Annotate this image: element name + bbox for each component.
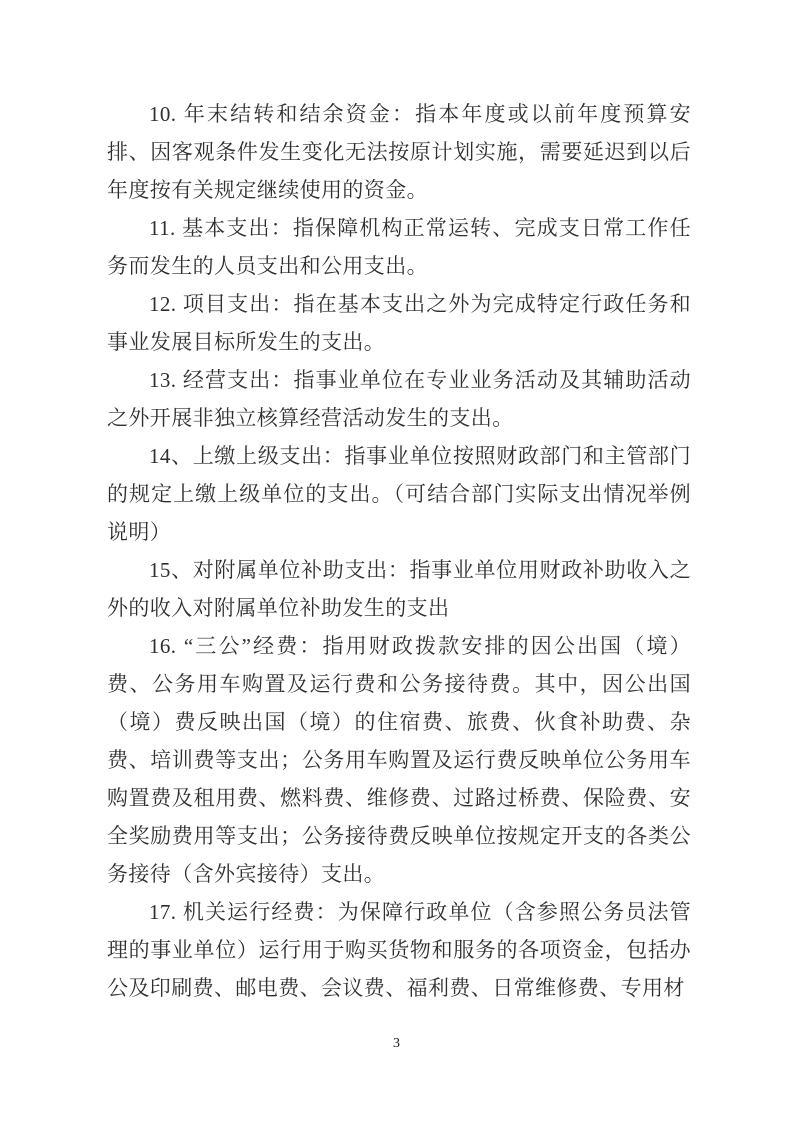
page-footer: 3 <box>0 1034 793 1053</box>
paragraph-item-10: 10. 年末结转和结余资金：指本年度或以前年度预算安排、因客观条件发生变化无法按… <box>107 95 691 209</box>
paragraph-item-12: 12. 项目支出：指在基本支出之外为完成特定行政任务和事业发展目标所发生的支出。 <box>107 285 691 361</box>
page-number: 3 <box>393 1036 400 1051</box>
document-page: 10. 年末结转和结余资金：指本年度或以前年度预算安排、因客观条件发生变化无法按… <box>0 0 793 1122</box>
paragraph-item-14: 14、上缴上级支出：指事业单位按照财政部门和主管部门的规定上缴上级单位的支出。（… <box>107 437 691 551</box>
paragraph-item-11: 11. 基本支出：指保障机构正常运转、完成支日常工作任务而发生的人员支出和公用支… <box>107 209 691 285</box>
paragraph-item-16: 16. “三公”经费：指用财政拨款安排的因公出国（境）费、公务用车购置及运行费和… <box>107 627 691 893</box>
document-body: 10. 年末结转和结余资金：指本年度或以前年度预算安排、因客观条件发生变化无法按… <box>107 95 691 1007</box>
paragraph-item-13: 13. 经营支出：指事业单位在专业业务活动及其辅助活动之外开展非独立核算经营活动… <box>107 361 691 437</box>
paragraph-item-15: 15、对附属单位补助支出：指事业单位用财政补助收入之外的收入对附属单位补助发生的… <box>107 551 691 627</box>
paragraph-item-17: 17. 机关运行经费：为保障行政单位（含参照公务员法管理的事业单位）运行用于购买… <box>107 893 691 1007</box>
